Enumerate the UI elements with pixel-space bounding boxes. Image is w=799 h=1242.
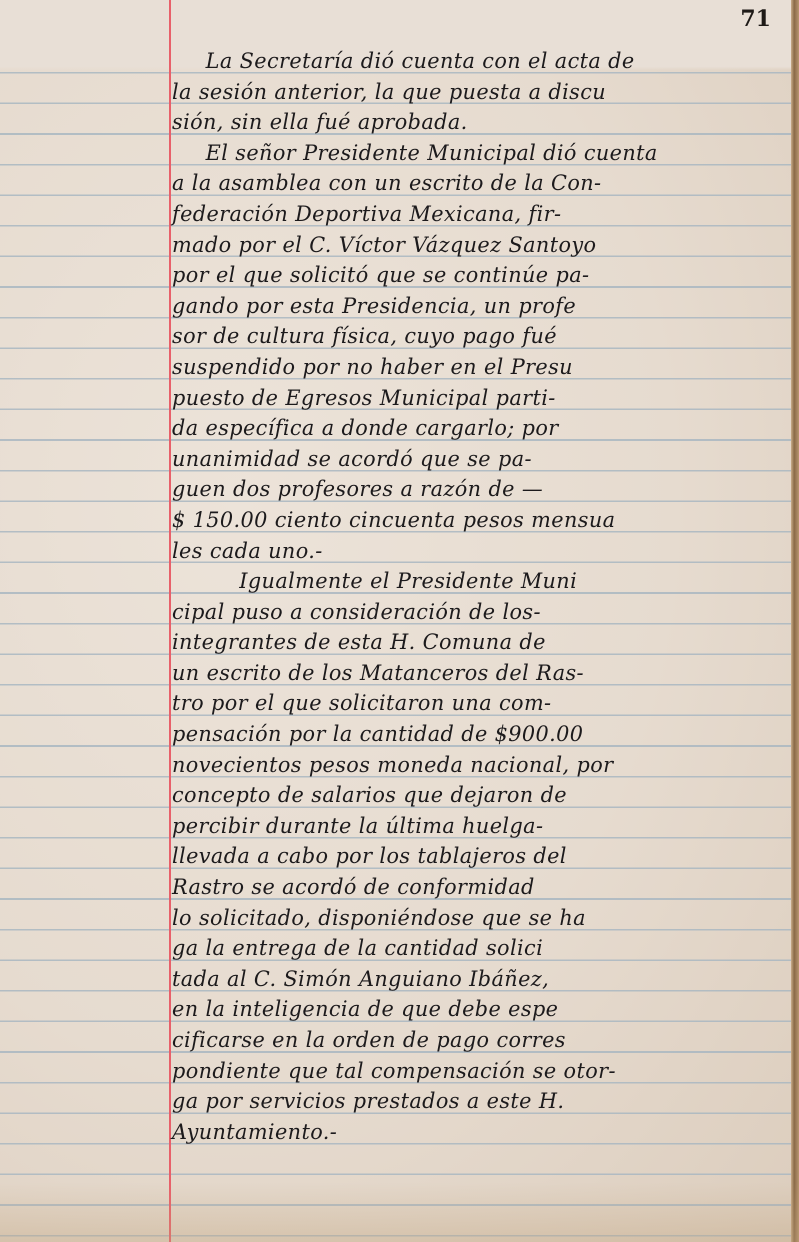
text-line: pensación por la cantidad de $900.00 xyxy=(172,719,784,750)
text-line: pondiente que tal compensación se otor- xyxy=(172,1056,784,1087)
text-line: gando por esta Presidencia, un profe xyxy=(172,291,784,322)
text-line: Igualmente el Presidente Muni xyxy=(172,566,783,597)
text-line: novecientos pesos moneda nacional, por xyxy=(172,750,784,781)
text-line: unanimidad se acordó que se pa- xyxy=(172,444,784,475)
text-line: tro por el que solicitaron una com- xyxy=(172,688,784,719)
text-line: por el que solicitó que se continúe pa- xyxy=(172,260,784,291)
text-line: a la asamblea con un escrito de la Con- xyxy=(172,168,784,199)
handwritten-minutes: La Secretaría dió cuenta con el acta de … xyxy=(172,46,790,1147)
text-line: llevada a cabo por los tablajeros del xyxy=(172,841,784,872)
text-line: ga la entrega de la cantidad solici xyxy=(172,933,784,964)
text-line: puesto de Egresos Municipal parti- xyxy=(172,383,784,414)
text-line: la sesión anterior, la que puesta a disc… xyxy=(172,77,784,108)
binding-edge xyxy=(791,0,799,1242)
ledger-page: 71 La Secretaría dió cuenta con el acta … xyxy=(0,0,799,1242)
text-line: cificarse en la orden de pago corres xyxy=(172,1025,784,1056)
text-line: tada al C. Simón Anguiano Ibáñez, xyxy=(172,964,784,995)
text-line: cipal puso a consideración de los- xyxy=(172,597,784,628)
text-line: en la inteligencia de que debe espe xyxy=(172,994,784,1025)
text-line: sión, sin ella fué aprobada. xyxy=(172,107,784,138)
red-margin-line xyxy=(169,0,171,1242)
text-line: mado por el C. Víctor Vázquez Santoyo xyxy=(172,230,784,261)
text-line: lo solicitado, disponiéndose que se ha xyxy=(172,903,784,934)
text-line: ga por servicios prestados a este H. xyxy=(172,1086,784,1117)
page-number: 71 xyxy=(740,6,771,32)
text-line: concepto de salarios que dejaron de xyxy=(172,780,784,811)
text-line: sor de cultura física, cuyo pago fué xyxy=(172,321,784,352)
text-line: percibir durante la última huelga- xyxy=(172,811,784,842)
text-line: les cada uno.- xyxy=(172,536,784,567)
text-line: un escrito de los Matanceros del Ras- xyxy=(172,658,784,689)
text-line: $ 150.00 ciento cincuenta pesos mensua xyxy=(172,505,784,536)
text-line: da específica a donde cargarlo; por xyxy=(172,413,784,444)
text-line: guen dos profesores a razón de — xyxy=(172,474,784,505)
text-line: federación Deportiva Mexicana, fir- xyxy=(172,199,784,230)
text-line: Ayuntamiento.- xyxy=(172,1117,784,1148)
text-line: suspendido por no haber en el Presu xyxy=(172,352,784,383)
text-line: Rastro se acordó de conformidad xyxy=(172,872,784,903)
text-line: integrantes de esta H. Comuna de xyxy=(172,627,784,658)
page-shadow xyxy=(0,1182,799,1242)
text-line: La Secretaría dió cuenta con el acta de xyxy=(172,46,784,77)
text-line: El señor Presidente Municipal dió cuenta xyxy=(172,138,784,169)
